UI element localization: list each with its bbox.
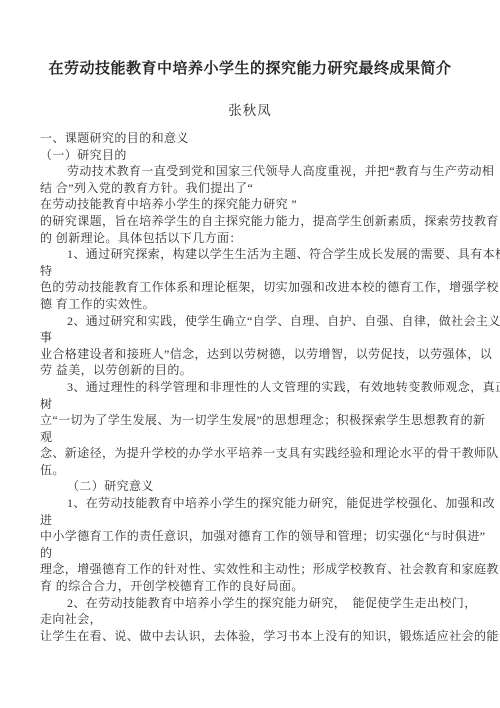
text-line: 2、通过研究和实践，使学生确立“自学、自理、自护、自强、自律，做社会主义 xyxy=(40,313,470,330)
text-line: （一）研究目的 xyxy=(40,147,470,164)
text-line: 走向社会， xyxy=(40,611,470,628)
text-line: 劳 益美，以劳创新的目的。 xyxy=(40,362,470,379)
text-line: 事 xyxy=(40,329,470,346)
document-title: 在劳动技能教育中培养小学生的探究能力研究最终成果简介 xyxy=(0,57,500,78)
text-line: 德 育工作的实效性。 xyxy=(40,296,470,313)
text-line: （二）研究意义 xyxy=(40,478,470,495)
text-line: 树 xyxy=(40,396,470,413)
text-line: 的 xyxy=(40,545,470,562)
text-line: 结 合”列入党的教育方针。我们提出了“ xyxy=(40,180,470,197)
text-line: 的研究课题，旨在培养学生的自主探究能力能力，提高学生创新素质，探索劳技教育 xyxy=(40,213,470,230)
text-line: 1、通过研究探索，构建以学生生活为主题、符合学生成长发展的需要、具有本校 xyxy=(40,246,470,263)
text-line: 3、通过理性的科学管理和非理性的人文管理的实践，有效地转变教师观念，真正 xyxy=(40,379,470,396)
text-line: 劳动技术教育一直受到党和国家三代领导人高度重视，并把“教育与生产劳动相 xyxy=(40,163,470,180)
text-line: 立“一切为了学生发展、为一切学生发展”的思想理念；积极探索学生思想教育的新 xyxy=(40,412,470,429)
text-line: 念、新途径，为提升学校的办学水平培养一支具有实践经验和理论水平的骨干教师队 xyxy=(40,445,470,462)
text-line: 中小学德育工作的责任意识，加强对德育工作的领导和管理；切实强化“与时俱进” xyxy=(40,528,470,545)
document-author: 张秋凤 xyxy=(0,99,500,119)
text-line: 伍。 xyxy=(40,462,470,479)
text-line: 色的劳动技能教育工作体系和理论框架，切实加强和改进本校的德育工作，增强学校 xyxy=(40,279,470,296)
text-line: 让学生在看、说、做中去认识，去体验，学习书本上没有的知识，锻炼适应社会的能 xyxy=(40,628,470,645)
text-line: 1、在劳动技能教育中培养小学生的探究能力研究，能促进学校强化、加强和改 xyxy=(40,495,470,512)
text-line: 理念，增强德育工作的针对性、实效性和主动性；形成学校教育、社会教育和家庭教 xyxy=(40,561,470,578)
text-line: 一、课题研究的目的和意义 xyxy=(40,130,470,147)
text-line: 进 xyxy=(40,512,470,529)
text-line: 2、在劳动技能教育中培养小学生的探究能力研究， 能促使学生走出校门， xyxy=(40,595,470,612)
document-body: 一、课题研究的目的和意义（一）研究目的劳动技术教育一直受到党和国家三代领导人高度… xyxy=(0,130,500,644)
text-line: 业合格建设者和接班人”信念，达到以劳树德，以劳增智，以劳促技，以劳强体，以 xyxy=(40,346,470,363)
text-line: 观 xyxy=(40,429,470,446)
text-line: 特 xyxy=(40,263,470,280)
text-line: 的 创新理论。具体包括以下几方面： xyxy=(40,230,470,247)
text-line: 在劳动技能教育中培养小学生的探究能力研究 ” xyxy=(40,196,470,213)
text-line: 育 的综合合力，开创学校德育工作的良好局面。 xyxy=(40,578,470,595)
document-page: 在劳动技能教育中培养小学生的探究能力研究最终成果简介 张秋凤 一、课题研究的目的… xyxy=(0,0,500,708)
